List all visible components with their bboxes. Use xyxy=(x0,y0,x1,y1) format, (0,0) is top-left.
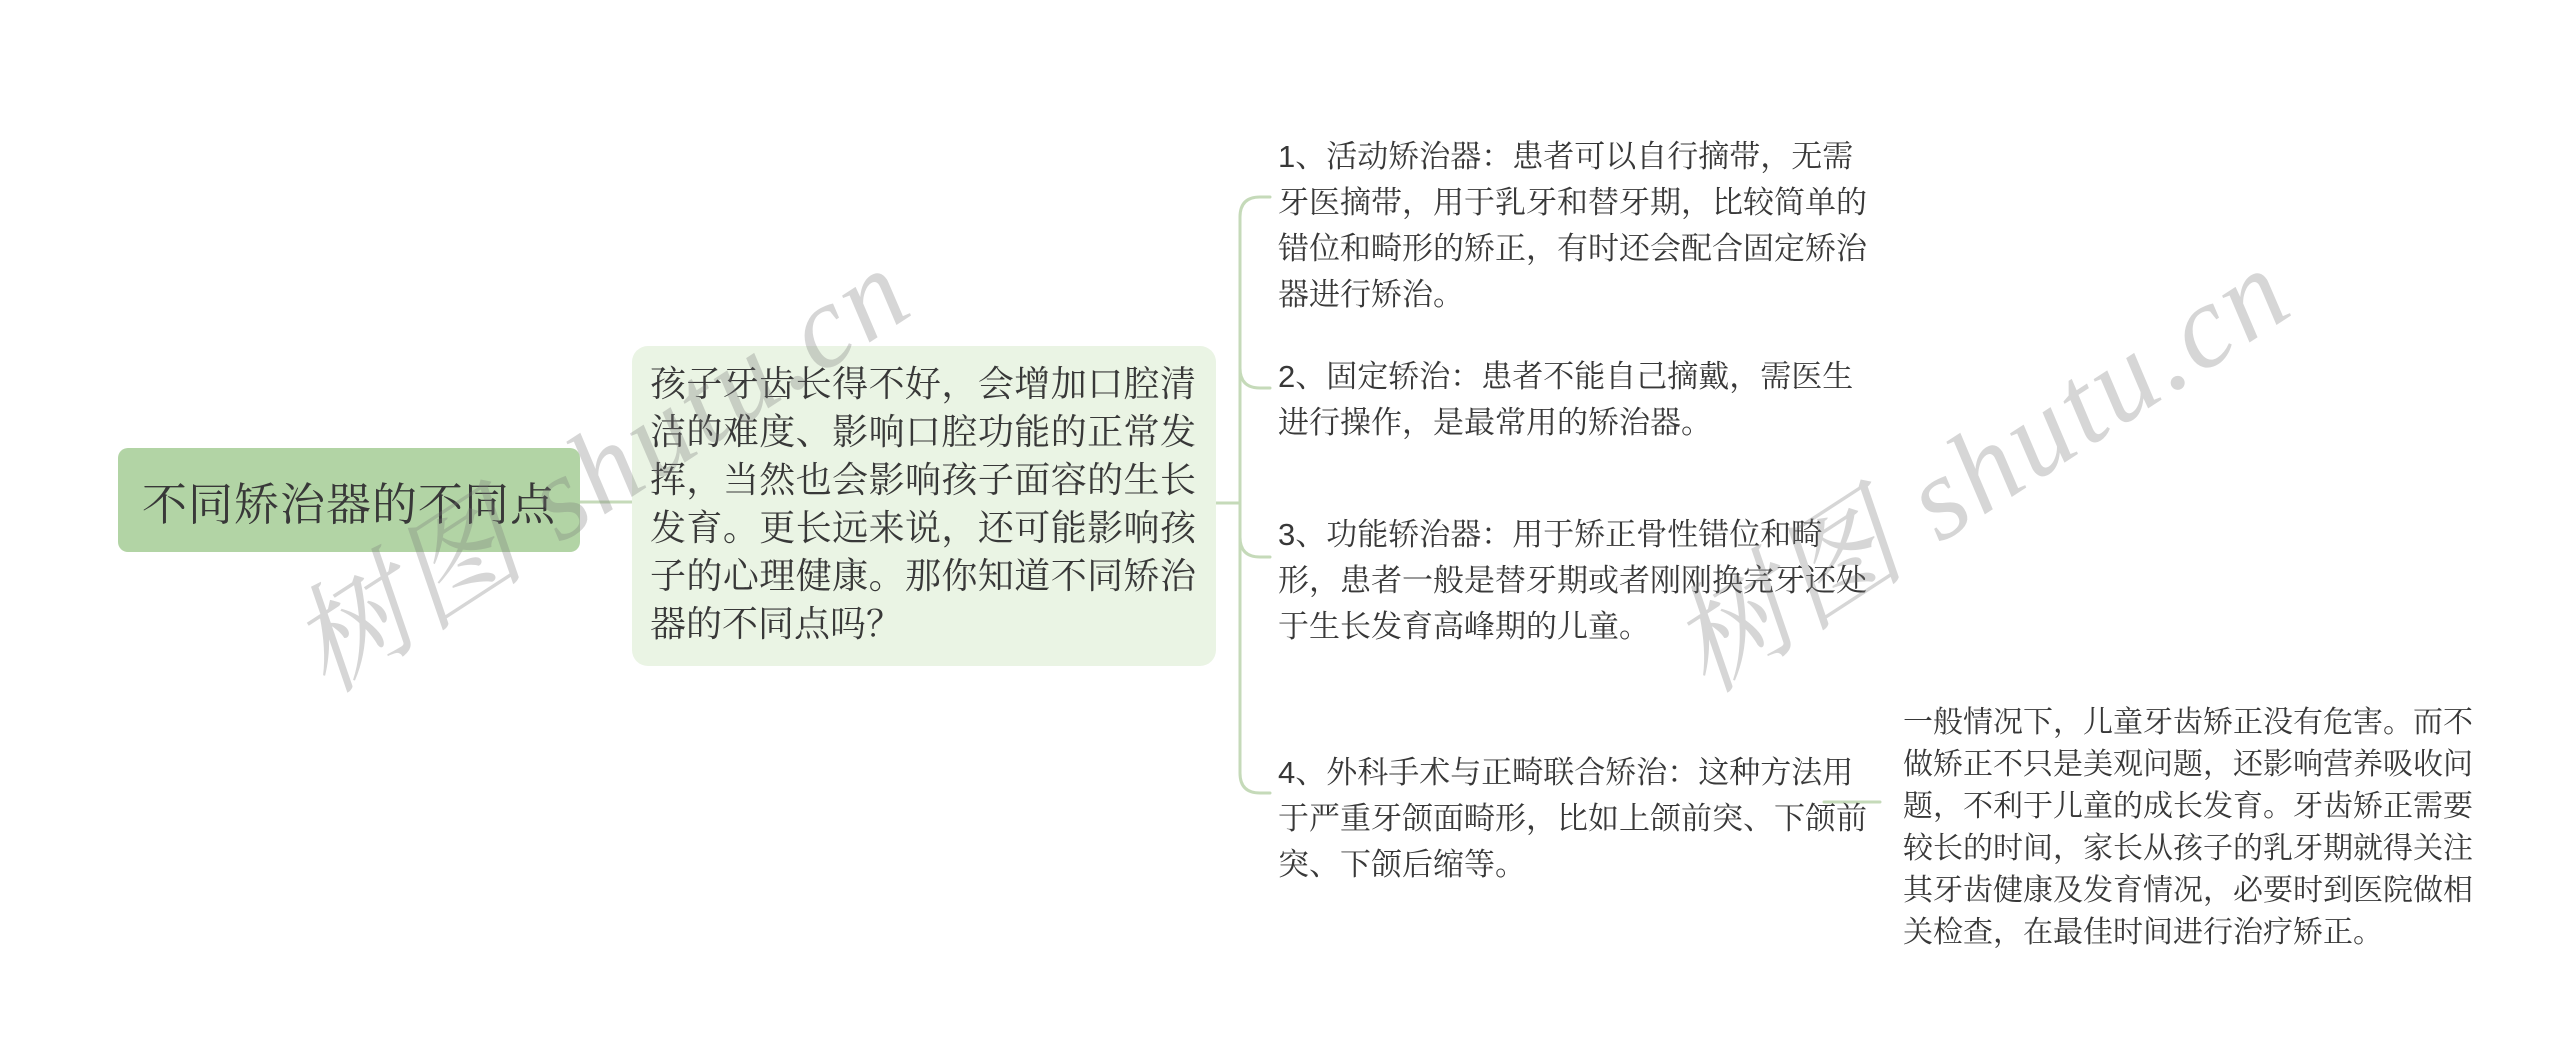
branch-node-2[interactable]: 2、固定轿治：患者不能自己摘戴，需医生进行操作，是最常用的矫治器。 xyxy=(1278,354,1878,446)
branch-1-text: 1、活动矫治器：患者可以自行摘带，无需牙医摘带，用于乳牙和替牙期，比较简单的错位… xyxy=(1278,139,1867,312)
branch-3-text: 3、功能轿治器：用于矫正骨性错位和畸形，患者一般是替牙期或者刚刚换完牙还处于生长… xyxy=(1278,517,1867,644)
mindmap-canvas: 不同矫治器的不同点 孩子牙齿长得不好，会增加口腔清洁的难度、影响口腔功能的正常发… xyxy=(0,0,2560,1037)
branch-node-4[interactable]: 4、外科手术与正畸联合矫治：这种方法用于严重牙颌面畸形，比如上颌前突、下颌前突、… xyxy=(1278,750,1878,888)
root-node[interactable]: 不同矫治器的不同点 xyxy=(118,448,580,552)
summary-node-text: 孩子牙齿长得不好，会增加口腔清洁的难度、影响口腔功能的正常发挥，当然也会影响孩子… xyxy=(650,363,1196,644)
summary-node[interactable]: 孩子牙齿长得不好，会增加口腔清洁的难度、影响口腔功能的正常发挥，当然也会影响孩子… xyxy=(632,346,1216,666)
branch-node-1[interactable]: 1、活动矫治器：患者可以自行摘带，无需牙医摘带，用于乳牙和替牙期，比较简单的错位… xyxy=(1278,134,1878,318)
note-node-text: 一般情况下，儿童牙齿矫正没有危害。而不做矫正不只是美观问题，还影响营养吸收问题，… xyxy=(1903,706,2473,949)
branch-4-text: 4、外科手术与正畸联合矫治：这种方法用于严重牙颌面畸形，比如上颌前突、下颌前突、… xyxy=(1278,755,1867,882)
connector-branch-3 xyxy=(1240,537,1270,557)
connector-branch-2 xyxy=(1240,368,1270,388)
connector-bracket-outer xyxy=(1240,197,1270,793)
root-node-label: 不同矫治器的不同点 xyxy=(142,468,556,533)
branch-2-text: 2、固定轿治：患者不能自己摘戴，需医生进行操作，是最常用的矫治器。 xyxy=(1278,359,1853,440)
note-node[interactable]: 一般情况下，儿童牙齿矫正没有危害。而不做矫正不只是美观问题，还影响营养吸收问题，… xyxy=(1903,702,2481,954)
branch-node-3[interactable]: 3、功能轿治器：用于矫正骨性错位和畸形，患者一般是替牙期或者刚刚换完牙还处于生长… xyxy=(1278,512,1878,650)
